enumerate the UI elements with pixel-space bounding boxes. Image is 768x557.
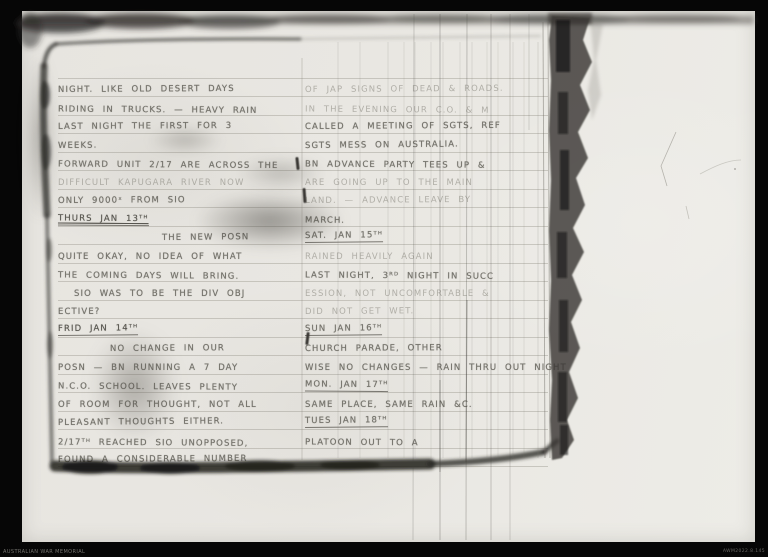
diary-text-left: LAST NIGHT THE FIRST FOR 3 <box>58 121 232 132</box>
diary-text-right: SAT. JAN 15ᵀᴴ <box>305 230 383 243</box>
diary-text-right: TUES JAN 18ᵀᴴ <box>305 415 388 428</box>
diary-text-left: POSN — BN RUNNING A 7 DAY <box>58 363 238 373</box>
diary-text-left: OF ROOM FOR THOUGHT, NOT ALL <box>58 400 257 410</box>
diary-text-left: THURS JAN 13ᵀᴴ <box>58 213 149 226</box>
diary-page: NIGHT. LIKE OLD DESERT DAYSOF JAP SIGNS … <box>0 0 768 557</box>
diary-text-left: NO CHANGE IN OUR <box>110 343 225 354</box>
diary-row: RIDING IN TRUCKS. — HEAVY RAININ THE EVE… <box>58 99 548 116</box>
diary-row: N.C.O. SCHOOL. LEAVES PLENTYMON. JAN 17ᵀ… <box>58 376 548 393</box>
diary-text-left: WEEKS. <box>58 140 98 150</box>
diary-text-left: THE COMING DAYS WILL BRING. <box>58 271 239 282</box>
diary-row: OF ROOM FOR THOUGHT, NOT ALLSAME PLACE, … <box>58 395 548 412</box>
diary-text-left: DIFFICULT KAPUGARA RIVER NOW <box>58 178 244 188</box>
diary-row: LAST NIGHT THE FIRST FOR 3CALLED A MEETI… <box>58 117 548 134</box>
diary-text-right: ESSION, NOT UNCOMFORTABLE & <box>305 289 490 299</box>
diary-row: FORWARD UNIT 2/17 ARE ACROSS THEBN ADVAN… <box>58 154 548 171</box>
diary-text-left: ECTIVE? <box>58 307 100 317</box>
diary-text-left: QUITE OKAY, NO IDEA OF WHAT <box>58 252 242 262</box>
scanned-diary-photo: NIGHT. LIKE OLD DESERT DAYSOF JAP SIGNS … <box>0 0 768 557</box>
diary-text-right: RAINED HEAVILY AGAIN <box>305 252 434 262</box>
diary-text-right: MON. JAN 17ᵀᴴ <box>305 380 389 393</box>
archive-watermark: AUSTRALIAN WAR MEMORIAL <box>3 549 85 555</box>
diary-text-right: OF JAP SIGNS OF DEAD & ROADS. <box>305 84 504 95</box>
diary-text-left: N.C.O. SCHOOL. LEAVES PLENTY <box>58 382 238 393</box>
diary-row: DIFFICULT KAPUGARA RIVER NOWARE GOING UP… <box>58 173 548 190</box>
diary-text-left: FORWARD UNIT 2/17 ARE ACROSS THE <box>58 160 279 172</box>
diary-row: PLEASANT THOUGHTS EITHER.TUES JAN 18ᵀᴴ <box>58 413 548 430</box>
diary-row: WEEKS.SGTS MESS ON AUSTRALIA. <box>58 136 548 153</box>
diary-text-left: 2/17ᵀᴴ REACHED SIO UNOPPOSED, <box>58 437 248 448</box>
diary-row: NO CHANGE IN OURCHURCH PARADE, OTHER <box>58 339 548 356</box>
diary-text-right: PLATOON OUT TO A <box>305 437 419 448</box>
diary-text-right: DID NOT GET WET. <box>305 306 414 317</box>
diary-text-right: MARCH. <box>305 215 345 225</box>
diary-row: NIGHT. LIKE OLD DESERT DAYSOF JAP SIGNS … <box>58 80 548 97</box>
diary-text-right: SUN JAN 16ᵀᴴ <box>305 323 382 336</box>
diary-text-right: IN THE EVENING OUR C.O. & M <box>305 104 490 115</box>
diary-row: FOUND A CONSIDERABLE NUMBER <box>58 450 548 467</box>
diary-text-left: PLEASANT THOUGHTS EITHER. <box>58 416 224 428</box>
diary-row: QUITE OKAY, NO IDEA OF WHATRAINED HEAVIL… <box>58 247 548 264</box>
diary-text-right: LAST NIGHT, 3ᴿᴰ NIGHT IN SUCC <box>305 271 494 282</box>
diary-text-right: ARE GOING UP TO THE MAIN <box>305 178 473 188</box>
diary-row <box>58 62 548 79</box>
diary-text-right: SGTS MESS ON AUSTRALIA. <box>305 139 459 150</box>
diary-text-left: SIO WAS TO BE THE DIV OBJ <box>74 289 245 299</box>
diary-text-left: FOUND A CONSIDERABLE NUMBER <box>58 454 248 465</box>
diary-row: THE COMING DAYS WILL BRING.LAST NIGHT, 3… <box>58 265 548 282</box>
diary-text-right: CHURCH PARADE, OTHER <box>305 343 443 354</box>
diary-text-left: RIDING IN TRUCKS. — HEAVY RAIN <box>58 104 258 115</box>
diary-text-left: FRID JAN 14ᵀᴴ <box>58 323 138 336</box>
diary-text-right: WISE NO CHANGES — RAIN THRU OUT NIGHT <box>305 363 567 373</box>
diary-text-right: LAND. — ADVANCE LEAVE BY <box>305 195 471 206</box>
diary-text-left: NIGHT. LIKE OLD DESERT DAYS <box>58 84 235 95</box>
diary-row: FRID JAN 14ᵀᴴSUN JAN 16ᵀᴴ <box>58 321 548 338</box>
diary-text-left: ONLY 9000ˣ FROM SIO <box>58 195 186 206</box>
diary-row: SIO WAS TO BE THE DIV OBJESSION, NOT UNC… <box>58 284 548 301</box>
diary-row: THURS JAN 13ᵀᴴMARCH. <box>58 210 548 227</box>
diary-row: 2/17ᵀᴴ REACHED SIO UNOPPOSED,PLATOON OUT… <box>58 432 548 449</box>
diary-text-right: CALLED A MEETING OF SGTS, REF <box>305 121 501 132</box>
diary-row: THE NEW POSNSAT. JAN 15ᵀᴴ <box>58 228 548 245</box>
diary-text-right: BN ADVANCE PARTY TEES UP & <box>305 160 486 171</box>
diary-text-right: SAME PLACE, SAME RAIN &C. <box>305 400 473 410</box>
diary-row: POSN — BN RUNNING A 7 DAYWISE NO CHANGES… <box>58 358 548 375</box>
catalog-number: AWM2022.8.145 <box>723 549 765 554</box>
diary-text-left: THE NEW POSN <box>162 232 249 243</box>
diary-row: ECTIVE?DID NOT GET WET. <box>58 302 548 319</box>
